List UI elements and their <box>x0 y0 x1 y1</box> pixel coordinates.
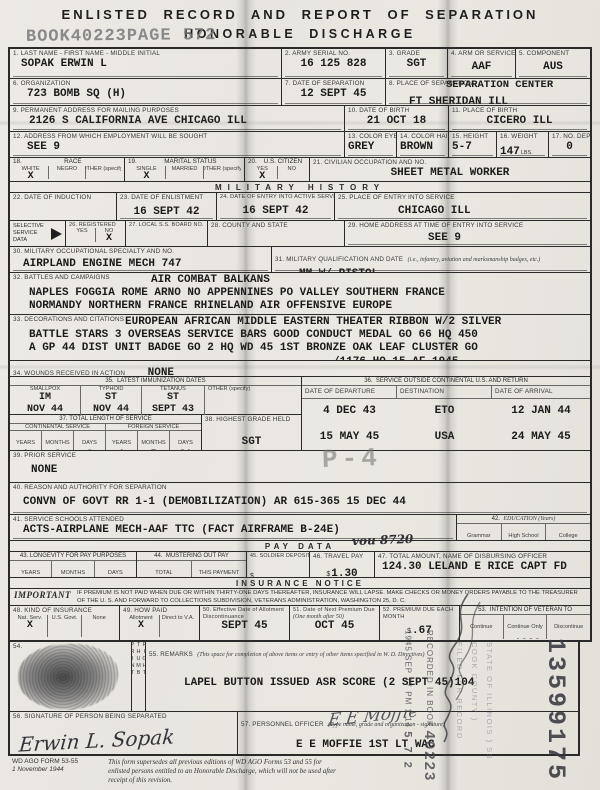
field-40-value: CONVN OF GOVT RR 1-1 (DEMOBILIZATION) AR… <box>23 496 587 509</box>
field-10-birth-date: 10. DATE OF BIRTH 21 OCT 18 <box>345 106 449 131</box>
field-47-total-amount: 47. TOTAL AMOUNT, NAME OF DISBURSING OFF… <box>375 552 590 577</box>
field-12-employment-address: 12. ADDRESS FROM WHICH EMPLOYMENT WILL B… <box>10 132 345 157</box>
field-3-value: SGT <box>389 58 444 71</box>
field-47-value: 124.30 LELAND E RICE CAPT FD <box>382 561 587 574</box>
field-19-marital-group: 19.MARITAL STATUS SINGLEX MARRIED OTHER … <box>125 158 245 181</box>
registered-option-no: NOX <box>95 228 122 242</box>
field-11-value: CICERO ILL <box>452 115 587 128</box>
field-22-induction: 22. DATE OF INDUCTION <box>10 193 117 220</box>
field-50-allotment-discontinuance: 50. Effective Date of Allotment Disconti… <box>200 606 290 640</box>
thumbprint-smudge <box>18 644 118 710</box>
footer-form-date: 1 November 1944 <box>12 766 78 774</box>
continental-days: 6 <box>74 449 105 450</box>
field-42-education: 42. EDUCATION (Years) Grammar8 High Scho… <box>457 515 590 540</box>
selective-arrow-icon <box>51 228 62 240</box>
citizen-option-yes: YESX <box>248 166 277 179</box>
field-4-value: AAF <box>451 61 512 74</box>
field-8-value-line1: SEPARATION CENTER <box>446 79 553 92</box>
field-7-date-separation: 7. DATE OF SEPARATION 12 SEPT 45 <box>282 79 386 105</box>
field-6-organization: 6. ORGANIZATION 723 BOMB SQ (H) <box>10 79 282 105</box>
field-26-registered: 26. REGISTERED YES NOX <box>66 221 126 246</box>
field-54-thumbprint-box: 54. <box>10 642 132 711</box>
marital-option-married: MARRIED <box>165 166 203 179</box>
field-8-place-separation: 8. PLACE OF SEPARATION SEPARATION CENTER… <box>386 79 590 105</box>
field-43-longevity: 43. LONGEVITY FOR PAY PURPOSES YEARS2 MO… <box>10 552 137 577</box>
field-39-prior-service: 39. PRIOR SERVICE NONE <box>10 451 590 482</box>
field-17-dependents: 17. NO. DEPEND. 0 <box>549 132 590 157</box>
important-text: IF PREMIUM IS NOT PAID WHEN DUE OR WITHI… <box>77 590 586 605</box>
field-9-address: 9. PERMANENT ADDRESS FOR MAILING PURPOSE… <box>10 106 345 131</box>
important-label: IMPORTANT <box>14 590 71 600</box>
registered-no-mark: X <box>106 234 112 242</box>
field-25-value: CHICAGO ILL <box>398 205 587 218</box>
immunization-smallpox: SMALLPOX IM NOV 44 <box>10 386 80 415</box>
field-40-reason: 40. REASON AND AUTHORITY FOR SEPARATION … <box>10 483 590 514</box>
field-17-value: 0 <box>552 141 587 154</box>
field-32-battles: 32. BATTLES AND CAMPAIGNS AIR COMBAT BAL… <box>10 273 590 314</box>
service-outside-row-1: 4 DEC 43 ETO 12 JAN 44 <box>302 399 590 425</box>
field-30-mos: 30. MILITARY OCCUPATIONAL SPECIALTY AND … <box>10 247 272 272</box>
field-6-value: 723 BOMB SQ (H) <box>27 88 278 101</box>
field-55-value: LAPEL BUTTON ISSUED ASR SCORE (2 SEPT 45… <box>184 677 575 690</box>
field-31-qualification: 31. MILITARY QUALIFICATION AND DATE (i.e… <box>272 247 590 272</box>
field-32-line2: NAPLES FOGGIA ROME ARNO NO APPENNINES PO… <box>29 287 587 300</box>
field-21-occupation: 21. CIVILIAN OCCUPATION AND NO. SHEET ME… <box>310 158 590 181</box>
race-white-mark: X <box>28 172 34 179</box>
field-46-travel-pay: 46. TRAVEL PAY $1.30 <box>310 552 375 577</box>
field-10-value: 21 OCT 18 <box>348 115 445 128</box>
field-28-county-state: 28. COUNTY AND STATE <box>208 221 345 246</box>
field-38-highest-grade: 38. HIGHEST GRADE HELD SGT <box>202 415 301 450</box>
form-footer: WD AGO FORM 53-55 1 November 1944 This f… <box>12 758 343 784</box>
field-11-birth-place: 11. PLACE OF BIRTH CICERO ILL <box>449 106 590 131</box>
separated-person-signature: Erwin L. Sopak <box>18 721 235 754</box>
field-12-value: SEE 9 <box>27 141 341 154</box>
selective-service-label: SELECTIVE SERVICE DATA <box>13 223 49 244</box>
insurance-option-none: None <box>81 615 116 637</box>
thumbprint-strip-label: RIGHT THUMB PRINT <box>132 642 146 711</box>
scanned-discharge-form: ENLISTED RECORD AND REPORT OF SEPARATION… <box>0 0 600 790</box>
immunization-tetanus: TETANUS ST SEPT 43 <box>141 386 204 415</box>
race-option-white: WHITEX <box>13 166 48 179</box>
field-34-value: NONE <box>148 367 174 376</box>
field-44-mustering-out: 44. MUSTERING OUT PAY TOTAL$300 THIS PAY… <box>137 552 247 577</box>
marital-option-single: SINGLEX <box>128 166 165 179</box>
field-5-component: 5. COMPONENT AUS <box>516 49 590 78</box>
field-55-remarks: 55. REMARKS (This space for completion o… <box>146 642 578 711</box>
intention-option-continue-only: Continue Only$1000 <box>503 615 547 639</box>
field-18-race-group: 18.RACE WHITEX NEGRO OTHER (specify) <box>10 158 125 181</box>
field-29-value: SEE 9 <box>428 232 587 245</box>
p4-stamp: P-4 <box>321 443 381 475</box>
immunization-other: OTHER (specify) <box>204 386 301 415</box>
field-39-value: NONE <box>31 464 587 477</box>
footer-form-number: WD AGO FORM 53-55 <box>12 758 78 766</box>
immunization-typhoid: TYPHOID ST NOV 44 <box>80 386 141 415</box>
field-31-value: MM W/ PISTOL <box>299 268 587 272</box>
field-4-arm: 4. ARM OR SERVICE AAF <box>448 49 516 78</box>
field-2-value: 16 125 828 <box>285 58 382 71</box>
field-16-unit: LBS. <box>521 150 533 156</box>
main-form-grid: 1. LAST NAME - FIRST NAME - MIDDLE INITI… <box>8 47 592 642</box>
field-33-line2: BATTLE STARS 3 OVERSEAS SERVICE BARS GOO… <box>29 329 587 342</box>
document-title: ENLISTED RECORD AND REPORT OF SEPARATION <box>0 7 600 22</box>
field-50-value: SEPT 45 <box>203 620 286 633</box>
field-16-value: 147 <box>500 146 520 157</box>
field-16-weight: 16. WEIGHT 147LBS. <box>497 132 549 157</box>
field-33-line3: A GP 44 DIST UNIT BADGE GO 2 HQ WD 45 1S… <box>29 342 587 355</box>
field-35-header: 35. LATEST IMMUNIZATION DATES <box>10 377 301 386</box>
field-49-how-paid: 49. HOW PAID AllotmentX Direct to V.A. <box>120 606 200 640</box>
book-page-stamp: BOOK40223PAGE 572 <box>26 26 217 47</box>
field-32-line3: NORMANDY NORTHERN FRANCE RHINELAND AIR O… <box>29 300 587 313</box>
intention-continue-only-value: 1000 <box>514 638 540 639</box>
section-insurance-notice: INSURANCE NOTICE <box>10 578 590 589</box>
field-5-value: AUS <box>519 61 587 74</box>
field-1-name: 1. LAST NAME - FIRST NAME - MIDDLE INITI… <box>10 49 282 78</box>
field-25-place-entry: 25. PLACE OF ENTRY INTO SERVICE CHICAGO … <box>335 193 590 220</box>
field-56-signature: 56. SIGNATURE OF PERSON BEING SEPARATED … <box>10 712 238 754</box>
field-32-line1: AIR COMBAT BALKANS <box>151 274 587 287</box>
field-14-hair: 14. COLOR HAIR BROWN <box>397 132 449 157</box>
field-51-value: OCT 45 <box>293 620 376 633</box>
field-33-decorations: 33. DECORATIONS AND CITATIONS EUROPEAN A… <box>10 315 590 360</box>
field-3-grade: 3. GRADE SGT <box>386 49 448 78</box>
recorder-signature-scribble <box>390 588 500 748</box>
field-23-enlistment: 23. DATE OF ENLISTMENT 16 SEPT 42 <box>117 193 217 220</box>
recorder-serial-number-stamp: 13599175 <box>541 638 570 782</box>
field-13-value: GREY <box>348 141 393 154</box>
citizen-option-no: NO <box>277 166 307 179</box>
field-36-service-outside: 36. SERVICE OUTSIDE CONTINENTAL U.S. AND… <box>302 377 590 450</box>
field-8-value-line2: FT SHERIDAN ILL <box>409 96 587 105</box>
travel-pay-value: 1.30 <box>331 568 357 577</box>
howpaid-allotment-mark: X <box>138 621 144 631</box>
selective-service-block: SELECTIVE SERVICE DATA <box>10 221 66 246</box>
field-1-value: SOPAK ERWIN L <box>21 58 278 71</box>
field-36-header: 36. SERVICE OUTSIDE CONTINENTAL U.S. AND… <box>302 377 590 386</box>
voucher-handwriting: vou 8720 <box>352 532 414 548</box>
section-pay-data: PAY DATA <box>10 541 590 552</box>
field-24-entry-active: 24. DATE OF ENTRY INTO ACTIVE SERVICE 16… <box>217 193 335 220</box>
field-20-citizen-group: 20.U.S. CITIZEN YESX NO <box>245 158 310 181</box>
field-34-wounds: 34. WOUNDS RECEIVED IN ACTION NONE <box>10 361 590 376</box>
immunization-service-block: 35. LATEST IMMUNIZATION DATES SMALLPOX I… <box>10 377 302 450</box>
continental-months: 6 <box>42 449 73 450</box>
field-9-value: 2126 S CALIFORNIA AVE CHICAGO ILL <box>29 115 341 128</box>
field-21-value: SHEET METAL WORKER <box>313 167 587 180</box>
insurance-nat-serv-mark: X <box>27 621 33 631</box>
field-24-value: 16 SEPT 42 <box>220 205 331 218</box>
field-2-serial: 2. ARMY SERIAL NO. 16 125 828 <box>282 49 386 78</box>
foreign-days: 21 <box>170 449 201 450</box>
race-option-other: OTHER (specify) <box>85 166 121 179</box>
marital-option-other: OTHER (specify) <box>203 166 241 179</box>
field-1-label: 1. LAST NAME - FIRST NAME - MIDDLE INITI… <box>13 50 278 58</box>
field-14-value: BROWN <box>400 141 445 154</box>
field-27-board-no: 27. LOCAL S.S. BOARD NO. <box>126 221 208 246</box>
registered-option-yes: YES <box>69 228 95 242</box>
field-23-value: 16 SEPT 42 <box>120 206 213 219</box>
field-15-height: 15. HEIGHT 5-7 <box>449 132 497 157</box>
field-30-value: AIRPLAND ENGINE MECH 747 <box>23 258 268 271</box>
foreign-years: 1 <box>106 449 137 450</box>
footer-note: This form supersedes all previous editio… <box>108 758 343 784</box>
field-33-line1: EUROPEAN AFRICAN MIDDLE EASTERN THEATER … <box>125 316 587 329</box>
field-7-value: 12 SEPT 45 <box>285 88 382 101</box>
field-13-eyes: 13. COLOR EYES GREY <box>345 132 397 157</box>
field-48-kind-of-insurance: 48. KIND OF INSURANCE Nat. Serv.X U.S. G… <box>10 606 120 640</box>
citizen-yes-mark: X <box>259 172 265 179</box>
field-51-next-premium: 51. Date of Next Premium Due (One month … <box>290 606 380 640</box>
field-45-soldier-deposits: 45. SOLDIER DEPOSITS $ <box>247 552 310 577</box>
foreign-months: 5 <box>138 449 169 450</box>
section-military-history: MILITARY HISTORY <box>10 182 590 193</box>
field-33-line4: /1176 HQ 15 AF 1945 <box>333 356 587 360</box>
howpaid-option-allotment: AllotmentX <box>123 615 159 637</box>
field-37-length-of-service: 37. TOTAL LENGTH OF SERVICE CONTINENTAL … <box>10 415 202 450</box>
howpaid-option-direct: Direct to V.A. <box>159 615 196 637</box>
race-option-negro: NEGRO <box>48 166 84 179</box>
field-15-value: 5-7 <box>452 141 493 154</box>
insurance-option-nat-serv: Nat. Serv.X <box>13 615 47 637</box>
field-29-home-address: 29. HOME ADDRESS AT TIME OF ENTRY INTO S… <box>345 221 590 246</box>
field-38-value: SGT <box>205 436 298 449</box>
insurance-important-notice: IMPORTANT IF PREMIUM IS NOT PAID WHEN DU… <box>10 589 590 605</box>
continental-years: 1 <box>10 449 41 450</box>
intention-option-discontinue: Discontinue <box>546 615 590 639</box>
marital-single-mark: X <box>143 172 149 179</box>
insurance-option-us-govt: U.S. Govt. <box>47 615 82 637</box>
